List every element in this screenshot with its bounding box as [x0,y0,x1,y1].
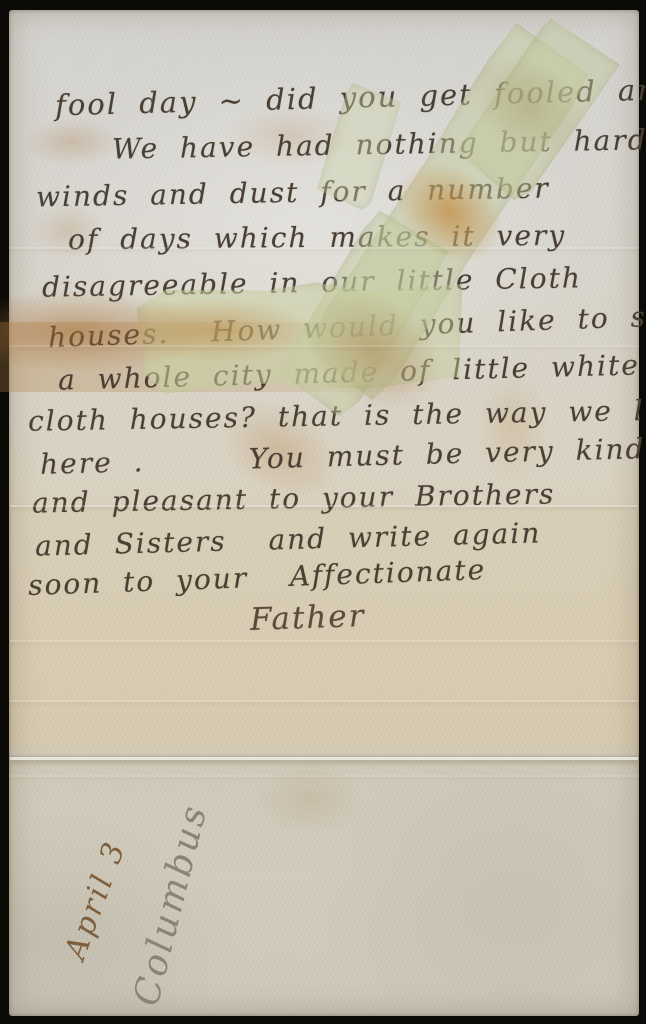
scanned-letter-page: fool day ~ did you get fooled any? We ha… [0,0,646,1024]
letter-signature: Father [249,598,366,638]
fold-crease [10,757,638,760]
fold-crease [10,775,638,777]
fold-crease [10,247,638,249]
fold-crease [10,700,638,702]
fold-crease [10,505,638,507]
fold-crease [10,345,638,347]
stain-mark [22,118,122,166]
stain-mark [255,762,365,837]
fold-crease [10,640,638,642]
